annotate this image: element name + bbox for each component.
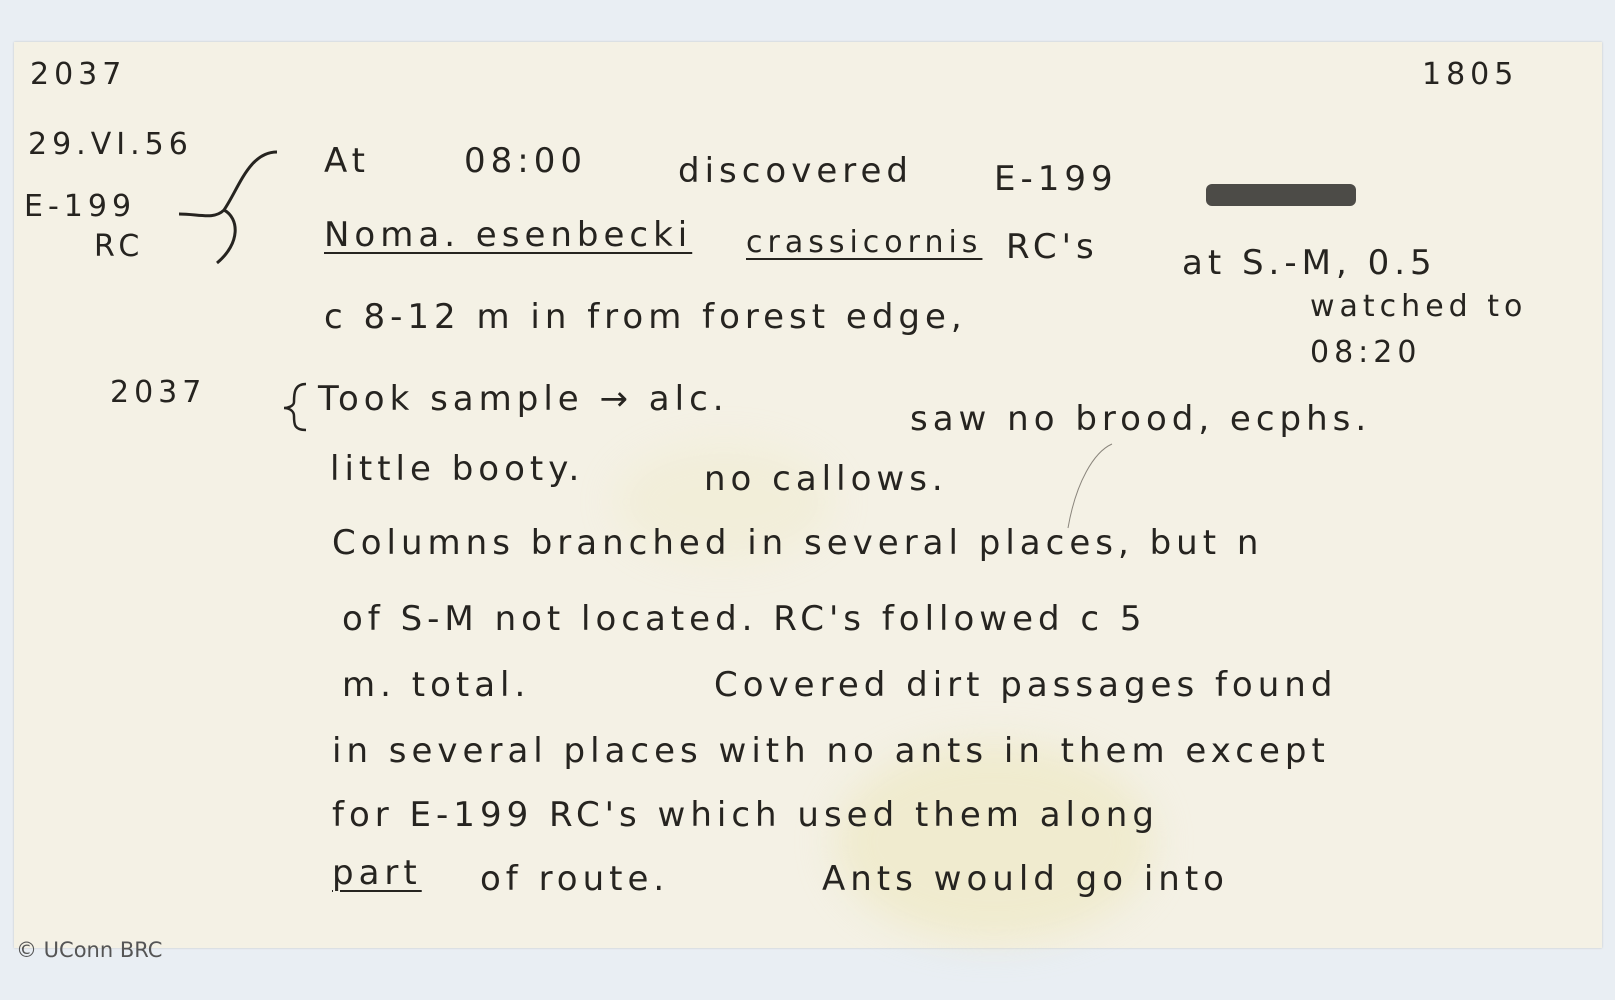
paper-stain	[834, 742, 1154, 942]
note-text: E-199	[994, 162, 1118, 196]
brace-icon	[282, 382, 312, 432]
note-text: RC's	[1006, 230, 1099, 264]
note-text: 08:00	[464, 144, 587, 178]
margin-species-code: RC	[94, 232, 144, 262]
note-text: for E-199 RC's which used them along	[332, 798, 1159, 832]
margin-date: 29.VI.56	[28, 130, 193, 160]
note-text: 08:20	[1310, 338, 1421, 368]
field-note-card: 2037 1805 29.VI.56 E-199 RC 2037 At 08:0…	[14, 42, 1602, 948]
margin-sample-number: 2037	[110, 378, 206, 408]
species-name: crassicornis	[746, 228, 982, 258]
copyright-notice: © UConn BRC	[16, 938, 162, 962]
note-text: at S.-M, 0.5	[1182, 246, 1437, 280]
catalog-number-right: 1805	[1422, 60, 1518, 90]
note-text: no callows.	[704, 462, 948, 496]
species-name: Noma. esenbecki	[324, 218, 692, 252]
note-text: c 8-12 m in from forest edge,	[324, 300, 967, 334]
note-text: of route.	[480, 862, 669, 896]
redacted-text	[1206, 184, 1356, 206]
margin-colony: E-199	[24, 192, 136, 222]
underlined-word: part	[332, 856, 422, 890]
note-text: in several places with no ants in them e…	[332, 734, 1330, 768]
note-text: Ants would go into	[822, 862, 1229, 896]
brace-icon	[179, 148, 279, 268]
note-text: of S-M not located. RC's followed c 5	[342, 602, 1147, 636]
note-text: discovered	[678, 154, 913, 188]
note-text: Columns branched in several places, but …	[332, 526, 1263, 560]
note-text: Covered dirt passages found	[714, 668, 1337, 702]
note-text: Took sample → alc.	[318, 382, 729, 416]
catalog-number-left: 2037	[30, 60, 126, 90]
hair-fiber	[1064, 442, 1124, 532]
note-text: m. total.	[342, 668, 530, 702]
note-text: saw no brood, ecphs.	[910, 402, 1371, 436]
note-text: watched to	[1310, 292, 1527, 322]
note-text: little booty.	[330, 452, 584, 486]
note-text: At	[324, 144, 370, 178]
